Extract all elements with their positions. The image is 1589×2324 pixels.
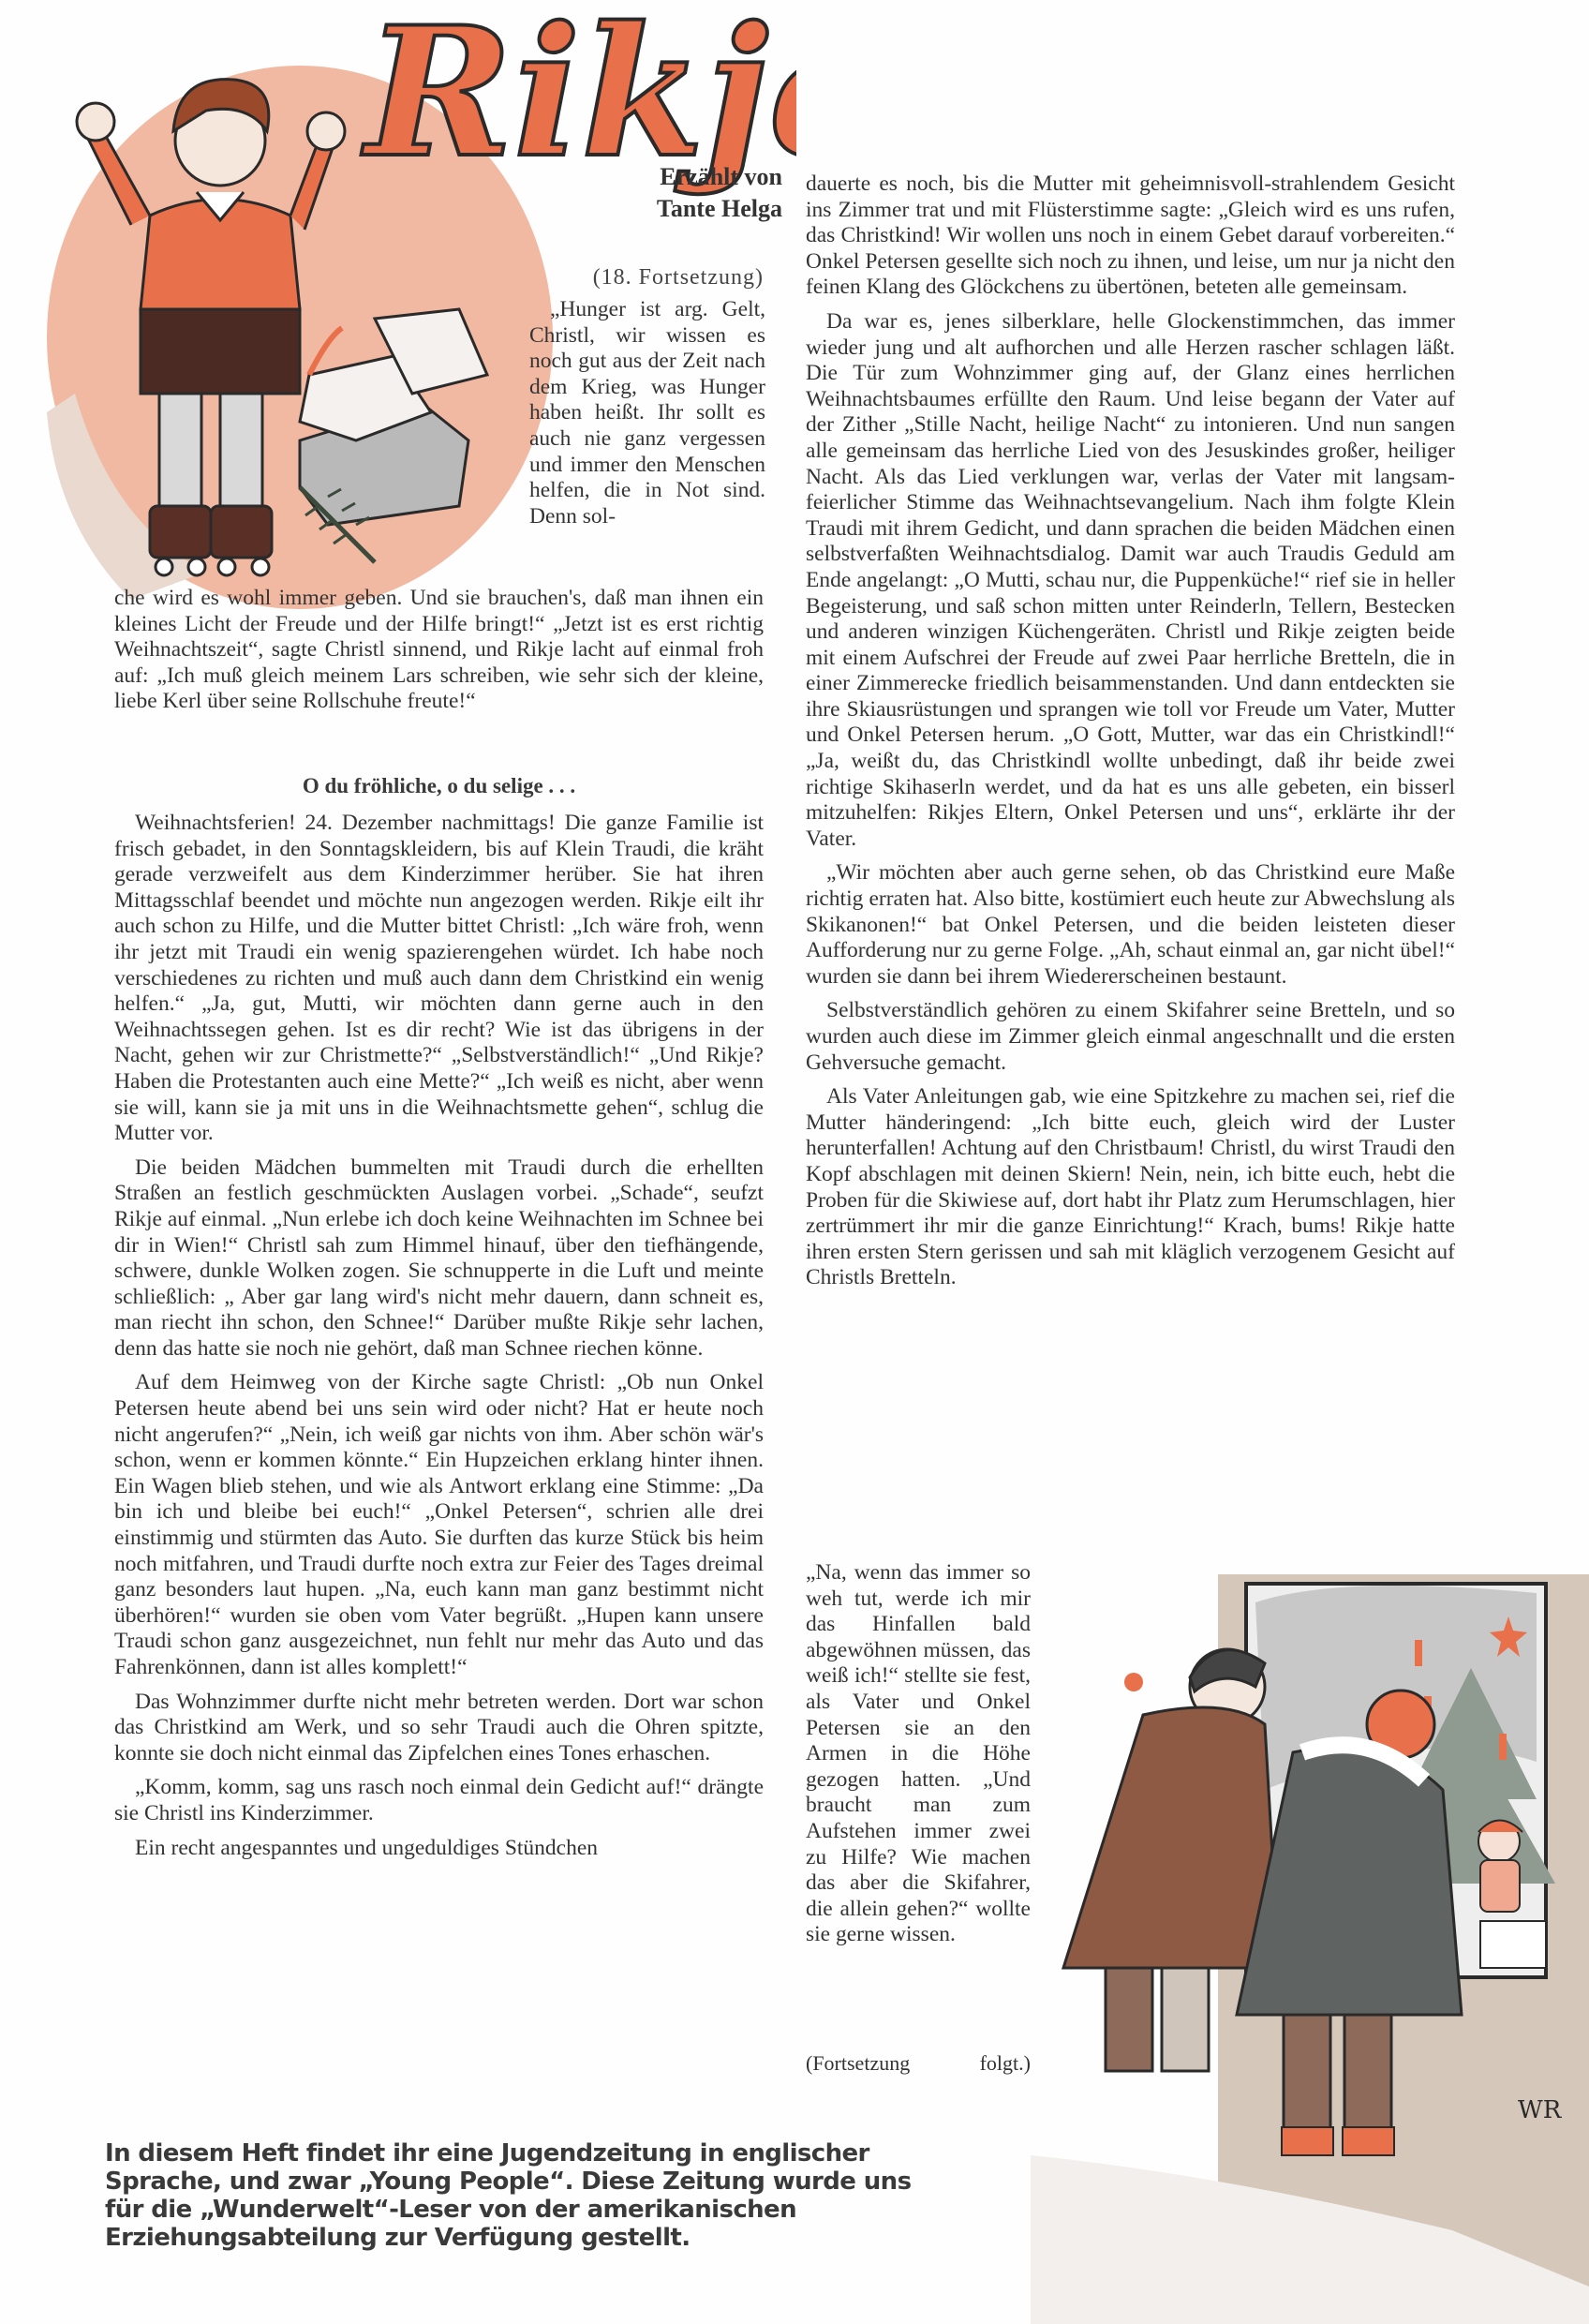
paragraph: Ein recht angespanntes und ungeduldiges … xyxy=(114,1836,764,1862)
to-be-continued-part-2: folgt.) xyxy=(980,2051,1031,2076)
right-narrow-text: „Na, wenn das immer so weh tut, werde ic… xyxy=(806,1560,1031,1957)
magazine-page: Rikje Erzählt von Tante Helga (18. Forts… xyxy=(0,0,1589,2324)
author-byline: Erzählt von Tante Helga xyxy=(609,161,782,225)
paragraph: Selbstverständlich gehören zu einem Skif… xyxy=(806,998,1455,1076)
paragraph: „Na, wenn das immer so weh tut, werde ic… xyxy=(806,1560,1031,1948)
young-people-notice: In diesem Heft findet ihr eine Jugendzei… xyxy=(105,2139,948,2252)
paragraph: Das Wohnzimmer durfte nicht mehr betrete… xyxy=(114,1690,764,1767)
author-line-1: Erzählt von xyxy=(609,161,782,193)
paragraph: Da war es, jenes silberklare, helle Gloc… xyxy=(806,309,1455,852)
left-column-intro: che wird es wohl immer geben. Und sie br… xyxy=(114,586,764,723)
paragraph: Auf dem Heimweg von der Kirche sagte Chr… xyxy=(114,1370,764,1680)
paragraph: „Komm, komm, sag uns rasch noch einmal d… xyxy=(114,1775,764,1826)
children-shop-window-illustration: WR xyxy=(1031,1574,1589,2324)
to-be-continued-part-1: (Fortsetzung xyxy=(806,2051,910,2076)
author-line-2: Tante Helga xyxy=(609,193,782,225)
intro-wrap-text: „Hunger ist arg. Gelt, Christl, wir wiss… xyxy=(529,297,765,538)
paragraph: Weihnachtsferien! 24. Dezember nachmitta… xyxy=(114,811,764,1147)
artist-signature: WR xyxy=(1518,2096,1563,2124)
to-be-continued: (Fortsetzung folgt.) xyxy=(806,2051,1031,2076)
paragraph: Die beiden Mädchen bummelten mit Traudi … xyxy=(114,1155,764,1363)
paragraph: che wird es wohl immer geben. Und sie br… xyxy=(114,586,764,715)
installment-label: (18. Fortsetzung) xyxy=(548,265,764,290)
right-column-body: dauerte es noch, bis die Mutter mit gehe… xyxy=(806,171,1455,1300)
paragraph: Als Vater Anleitungen gab, wie eine Spit… xyxy=(806,1084,1455,1291)
paragraph: „Hunger ist arg. Gelt, Christl, wir wiss… xyxy=(529,297,765,529)
section-heading: O du fröhliche, o du selige . . . xyxy=(114,774,764,798)
paragraph: dauerte es noch, bis die Mutter mit gehe… xyxy=(806,171,1455,301)
left-column-body: Weihnachtsferien! 24. Dezember nachmitta… xyxy=(114,811,764,1870)
paragraph: „Wir möchten aber auch gerne sehen, ob d… xyxy=(806,860,1455,990)
